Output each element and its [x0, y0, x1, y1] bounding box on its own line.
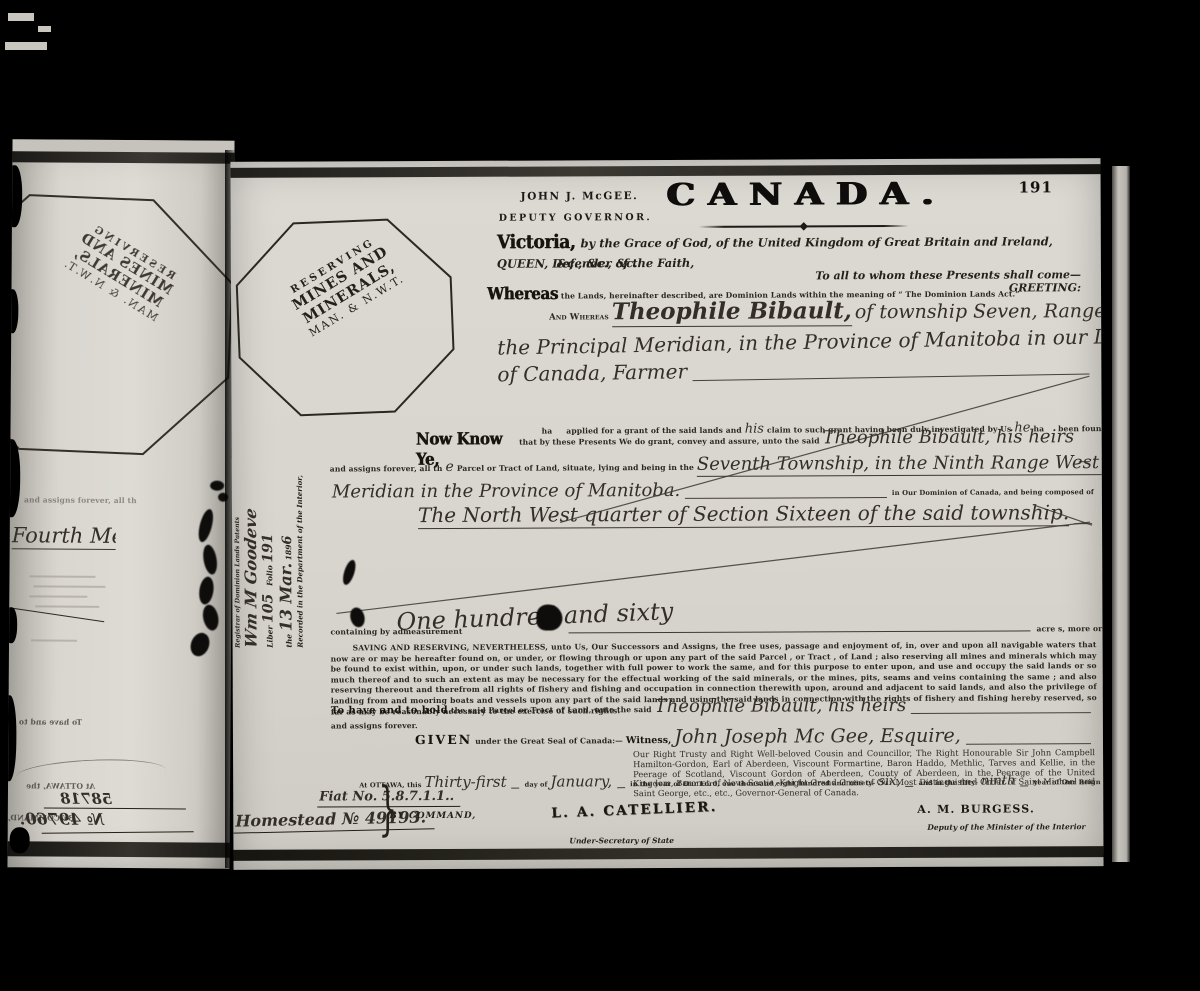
seal-clause: under the Great Seal of Canada:— [475, 736, 623, 747]
faint-print-line [33, 585, 105, 588]
right-page-edge [1112, 166, 1130, 862]
given-line: GIVEN under the Great Seal of Canada:— W… [415, 724, 1093, 749]
recording-margin: Registrar of Dominion Lands Patents Wm M… [234, 447, 325, 647]
blank-rule [1020, 783, 1028, 786]
ink-blot [536, 604, 562, 630]
the-label: the [285, 634, 294, 648]
blank-rule [966, 741, 1091, 745]
registrar-signature-hw: Wm M Goodeve [241, 446, 261, 649]
minister-deputy-title: Deputy of the Minister of the Interior [927, 822, 1085, 832]
octagon-stamp-text-mirrored: RESERVING MINES AND MINERALS, MAN. & N.W… [15, 243, 228, 384]
print-fragment: and assigns forever, all th [24, 495, 137, 506]
reign-hw: ninth [981, 773, 1016, 788]
faint-print-line [29, 595, 87, 597]
recorded-line: Recorded in the Department of the Interi… [295, 448, 305, 648]
dateline: At OTTAWA, this Thirty-first day of Janu… [359, 770, 1095, 791]
assigns-forever: and assigns forever. [331, 721, 418, 732]
tear-shadow [7, 695, 16, 781]
liber-folio-line: Liber 105 Folio 191 [260, 448, 277, 648]
handwriting-fragment: Fourth Me [12, 523, 116, 550]
brace: } [378, 779, 397, 837]
fold-shadow-band [12, 151, 234, 164]
print-fragment-mirrored: To have and to h [10, 717, 82, 728]
patent-page: 191 JOHN J. McGEE. DEPUTY GOVERNOR. CANA… [230, 158, 1103, 870]
year-hw: six, [878, 774, 900, 789]
month-hw: January, [550, 772, 612, 790]
folio-value-hw: 191 [260, 533, 276, 562]
habendum-line: To have and to hold the said Parcel or T… [331, 694, 1093, 718]
by-command-label: BY COMMAND, [389, 811, 476, 821]
habendum-clause: the said Parcel or Tract of Land, unto t… [451, 705, 652, 716]
paper-speck [5, 42, 47, 50]
liber-value-hw: 105 [260, 594, 276, 623]
reign-suffix: year of Our Reign [1033, 777, 1100, 787]
folio-label: Folio [265, 565, 274, 586]
blank-rule [512, 786, 520, 789]
tear-shadow [7, 607, 17, 643]
record-year-hw: 6 [280, 536, 295, 545]
blank-rule [906, 784, 914, 787]
octagon-stamp-text: RESERVING MINES AND MINERALS, MAN. & N.W… [241, 257, 450, 378]
paper-speck [38, 26, 51, 32]
stray-line [9, 607, 104, 622]
tear-shadow [7, 165, 22, 227]
habendum-grantee-hw: Theophile Bibault, his heirs [655, 695, 907, 717]
date-line: the 13 Mar. 1896 [276, 448, 296, 648]
year-prefix: 189 [284, 545, 293, 561]
acres-suffix: acre s, more or less ; [1036, 624, 1103, 635]
given-word: GIVEN [415, 732, 472, 747]
underline [42, 831, 194, 834]
faint-print-line [29, 575, 95, 577]
minister-deputy-signature: A. M. BURGESS. [917, 802, 1035, 816]
witness-label: Witness, [626, 735, 672, 746]
tear-shadow [10, 827, 30, 853]
liber-label: Liber [265, 626, 274, 648]
blank-rule [617, 785, 625, 788]
paper-speck [8, 13, 34, 21]
reign-clause: and in the fifty- [919, 778, 978, 788]
blank-rule [911, 710, 1091, 714]
photograph-of-land-patent: RESERVING MINES AND MINERALS, MAN. & N.W… [0, 0, 1200, 991]
habendum-label: To have and to hold [331, 705, 448, 717]
witness-name-hw: John Joseph Mc Gee, Esquire, [674, 725, 960, 748]
record-date-hw: 13 Mar. [276, 563, 295, 632]
left-page-fragment: RESERVING MINES AND MINERALS, MAN. & N.W… [7, 139, 234, 869]
faint-print-line [35, 605, 99, 607]
year-clause: in the year of Our Lord, one thousand ei… [630, 778, 875, 789]
day-of-label: day of [525, 780, 548, 790]
tear-shadow [7, 289, 18, 333]
secretary-title: Under-Secretary of State [569, 836, 674, 845]
homestead-number-mirrored: № 49760. [20, 809, 104, 829]
fiat-number-mirrored: 58718 [60, 790, 112, 808]
faint-print-line [31, 639, 77, 641]
fold-shadow-band [8, 841, 230, 858]
